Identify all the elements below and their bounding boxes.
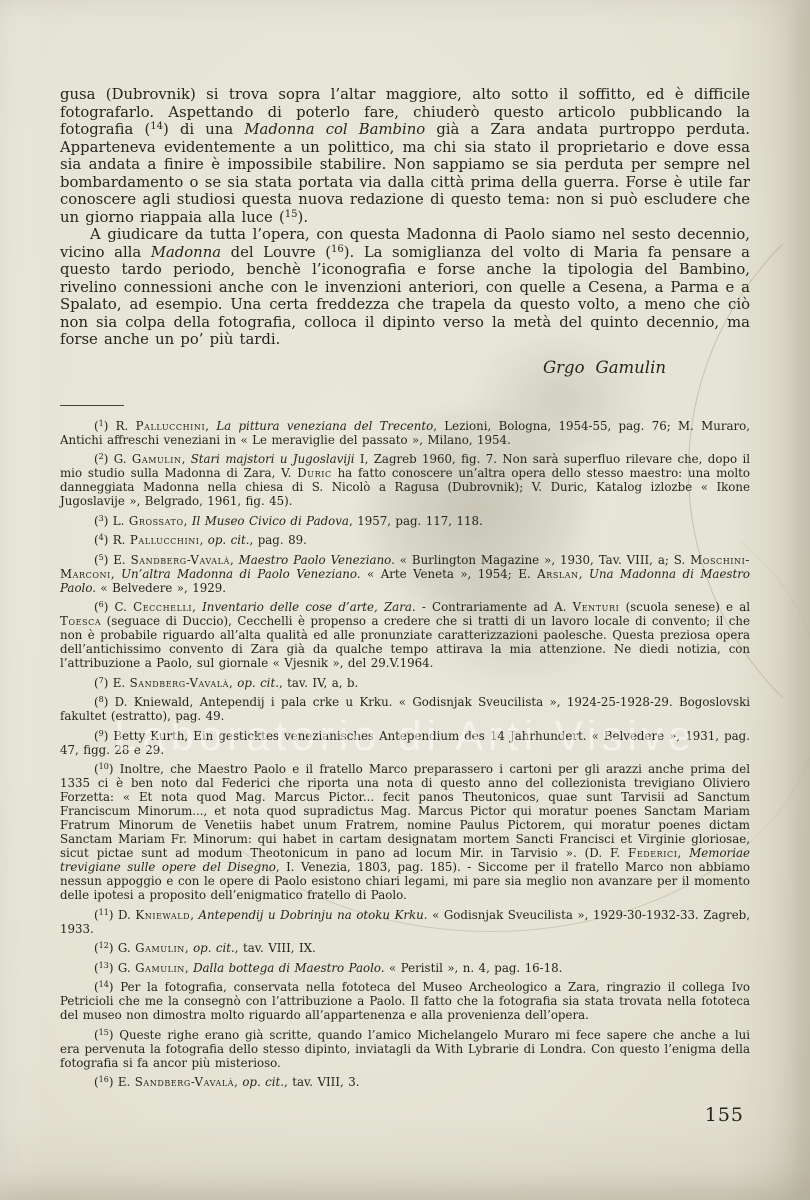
footnote: (10) Inoltre, che Maestro Paolo e il fra… xyxy=(60,762,750,902)
text-segment: , tav. VIII, IX. xyxy=(235,941,316,955)
page-number: 155 xyxy=(705,1104,744,1126)
text-segment: Maestro Paolo Veneziano. xyxy=(239,553,395,567)
text-segment: 12 xyxy=(99,941,109,950)
text-segment: Kniewald xyxy=(135,908,190,922)
text-segment: ) G. xyxy=(109,961,135,975)
text-segment: ) Queste righe erano già scritte, quando… xyxy=(60,1028,750,1070)
text-segment: Sandberg-Vavalà xyxy=(130,676,229,690)
footnote: (12) G. Gamulin, op. cit., tav. VIII, IX… xyxy=(60,941,750,955)
text-segment: , xyxy=(111,567,121,581)
text-segment: Venturi xyxy=(573,600,620,614)
text-segment: , xyxy=(200,533,208,547)
text-segment: Stari majstori u Jugoslaviji xyxy=(191,452,355,466)
text-segment: ) D. Kniewald, Antependij i pala crke u … xyxy=(60,695,750,723)
text-segment: , xyxy=(182,452,191,466)
text-segment: op. cit. xyxy=(193,941,235,955)
text-segment: 11 xyxy=(99,908,109,917)
text-segment: - Contrariamente ad A. xyxy=(416,600,573,614)
text-segment: 14 xyxy=(99,980,109,989)
footnote-separator-rule xyxy=(60,405,124,406)
text-segment: , pag. 89. xyxy=(250,533,307,547)
text-segment: Federici xyxy=(628,846,677,860)
text-segment: « Belvedere », 1929. xyxy=(96,581,226,595)
text-segment: « Arte Veneta », 1954; E. xyxy=(361,567,538,581)
text-segment: 10 xyxy=(99,762,109,771)
text-segment: , xyxy=(230,553,239,567)
text-segment: (scuola senese) e al xyxy=(619,600,750,614)
text-segment: (seguace di Duccio), Cecchelli è propens… xyxy=(60,614,750,670)
author-signature: Grgo Gamulin xyxy=(60,358,750,378)
text-segment: del Louvre ( xyxy=(221,244,331,261)
body-paragraph: gusa (Dubrovnik) si trova sopra l’altar … xyxy=(60,86,750,226)
footnote: (2) G. Gamulin, Stari majstori u Jugosla… xyxy=(60,452,750,508)
text-segment: Gamulin xyxy=(135,961,185,975)
text-segment: Pallucchini xyxy=(130,533,200,547)
text-segment: ) E. xyxy=(109,1075,135,1089)
text-segment: , xyxy=(192,600,202,614)
text-segment: Madonna col Bambino xyxy=(244,121,425,138)
body-text: gusa (Dubrovnik) si trova sopra l’altar … xyxy=(60,86,750,349)
text-segment: 15 xyxy=(99,1028,109,1037)
text-segment: Pallucchini xyxy=(136,419,206,433)
footnote: (14) Per la fotografia, conservata nella… xyxy=(60,980,750,1022)
footnote: (7) E. Sandberg-Vavalà, op. cit., tav. I… xyxy=(60,676,750,690)
text-segment: Cecchelli xyxy=(133,600,192,614)
text-segment: 13 xyxy=(99,961,109,970)
text-segment: 15 xyxy=(285,208,298,219)
text-segment: Dalla bottega di Maestro Paolo. xyxy=(193,961,385,975)
text-segment: , xyxy=(205,419,216,433)
page-content: gusa (Dubrovnik) si trova sopra l’altar … xyxy=(0,0,810,1089)
text-segment: , 1957, pag. 117, 118. xyxy=(349,514,483,528)
text-segment: ) G. xyxy=(104,452,132,466)
text-segment: ) R. xyxy=(104,419,136,433)
footnote: (4) R. Pallucchini, op. cit., pag. 89. xyxy=(60,533,750,547)
text-segment: ). xyxy=(298,209,308,226)
text-segment: op. cit. xyxy=(237,676,279,690)
text-segment: ) Per la fotografia, conservata nella fo… xyxy=(60,980,750,1022)
text-segment: Grossato xyxy=(129,514,184,528)
footnote: (8) D. Kniewald, Antependij i pala crke … xyxy=(60,695,750,723)
text-segment: Sandberg-Vavalà xyxy=(131,553,230,567)
text-segment: , tav. IV, a, b. xyxy=(279,676,358,690)
footnote: (1) R. Pallucchini, La pittura veneziana… xyxy=(60,419,750,447)
text-segment: ) di una xyxy=(163,121,244,138)
text-segment: Madonna xyxy=(151,244,221,261)
footnote: (6) C. Cecchelli, Inventario delle cose … xyxy=(60,600,750,670)
text-segment: , xyxy=(184,514,192,528)
text-segment: Antependij u Dobrinju na otoku Krku. xyxy=(199,908,428,922)
footnote: (9) Betty Kurth, Ein gesticktes venezian… xyxy=(60,729,750,757)
text-segment: Toesca xyxy=(60,614,101,628)
text-segment: , xyxy=(185,961,193,975)
text-segment: ) G. xyxy=(109,941,135,955)
text-segment: ) R. xyxy=(104,533,130,547)
text-segment: , xyxy=(190,908,198,922)
text-segment: Duric xyxy=(297,466,331,480)
text-segment: , xyxy=(579,567,589,581)
text-segment: Gamulin xyxy=(135,941,185,955)
text-segment: op. cit. xyxy=(242,1075,284,1089)
text-segment: ) C. xyxy=(104,600,133,614)
text-segment: 16 xyxy=(331,243,344,254)
footnote: (3) L. Grossato, Il Museo Civico di Pado… xyxy=(60,514,750,528)
text-segment: , tav. VIII, 3. xyxy=(284,1075,359,1089)
text-segment: , xyxy=(678,846,690,860)
text-segment: ) E. xyxy=(104,676,130,690)
text-segment: ) L. xyxy=(104,514,129,528)
text-segment: « Burlington Magazine », 1930, Tav. VIII… xyxy=(395,553,690,567)
text-segment: La pittura veneziana del Trecento xyxy=(216,419,433,433)
text-segment: op. cit. xyxy=(208,533,250,547)
footnote: (13) G. Gamulin, Dalla bottega di Maestr… xyxy=(60,961,750,975)
scanned-book-page: gusa (Dubrovnik) si trova sopra l’altar … xyxy=(0,0,810,1200)
footnotes-section: (1) R. Pallucchini, La pittura veneziana… xyxy=(60,419,750,1090)
text-segment: ) E. xyxy=(104,553,131,567)
footnote: (15) Queste righe erano già scritte, qua… xyxy=(60,1028,750,1070)
text-segment: Sandberg-Vavalà xyxy=(135,1075,234,1089)
text-segment: 14 xyxy=(150,121,163,132)
text-segment: Un’altra Madonna di Paolo Veneziano. xyxy=(121,567,360,581)
text-segment: 16 xyxy=(99,1075,109,1084)
text-segment: ) D. xyxy=(109,908,136,922)
text-segment: Gamulin xyxy=(132,452,182,466)
text-segment: Arslan xyxy=(537,567,579,581)
text-segment: Inventario delle cose d’arte, Zara. xyxy=(202,600,416,614)
text-segment: , xyxy=(185,941,193,955)
text-segment: Il Museo Civico di Padova xyxy=(192,514,349,528)
body-paragraph: A giudicare da tutta l’opera, con questa… xyxy=(60,226,750,349)
text-segment: , xyxy=(229,676,237,690)
footnote: (11) D. Kniewald, Antependij u Dobrinju … xyxy=(60,908,750,936)
text-segment: « Peristil », n. 4, pag. 16-18. xyxy=(385,961,563,975)
footnote: (16) E. Sandberg-Vavalà, op. cit., tav. … xyxy=(60,1075,750,1089)
footnote: (5) E. Sandberg-Vavalà, Maestro Paolo Ve… xyxy=(60,553,750,595)
text-segment: ) Betty Kurth, Ein gesticktes venezianis… xyxy=(60,729,750,757)
